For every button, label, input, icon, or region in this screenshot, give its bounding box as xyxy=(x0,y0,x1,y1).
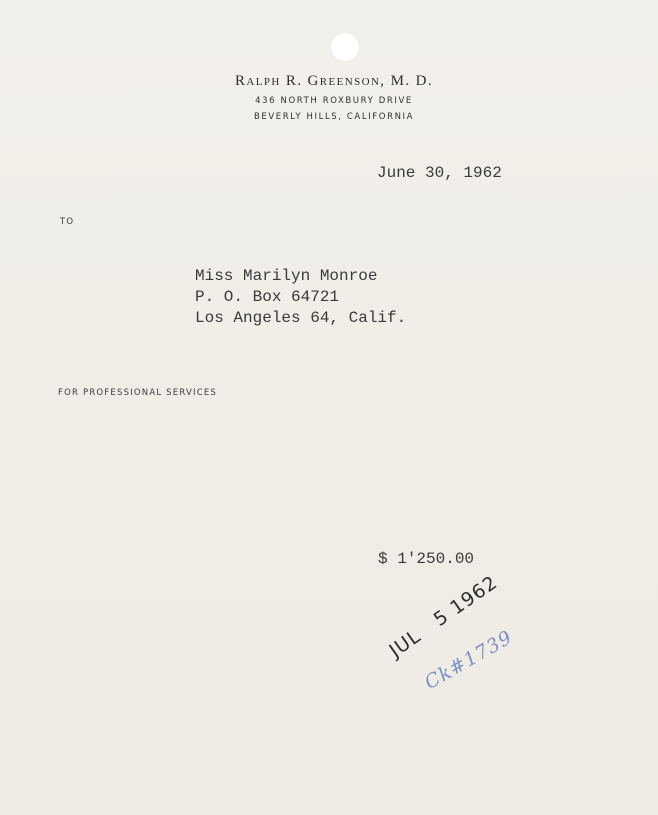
recipient-name: Miss Marilyn Monroe xyxy=(195,266,406,287)
handwritten-check-number: Ck#1739 xyxy=(421,626,516,694)
recipient-address: Miss Marilyn Monroe P. O. Box 64721 Los … xyxy=(195,266,406,329)
letterhead-name: Ralph R. Greenson, M. D. xyxy=(0,73,658,90)
recipient-city: Los Angeles 64, Calif. xyxy=(195,308,406,329)
letterhead-street: 436 NORTH ROXBURY DRIVE xyxy=(0,96,658,106)
recipient-po-box: P. O. Box 64721 xyxy=(195,287,406,308)
letterhead: Ralph R. Greenson, M. D. 436 NORTH ROXBU… xyxy=(0,73,658,122)
services-label: FOR PROFESSIONAL SERVICES xyxy=(58,388,217,398)
punch-hole xyxy=(331,33,359,61)
invoice-date: June 30, 1962 xyxy=(377,164,502,182)
paper-document: Ralph R. Greenson, M. D. 436 NORTH ROXBU… xyxy=(0,0,658,815)
letterhead-city: BEVERLY HILLS, CALIFORNIA xyxy=(0,112,658,122)
to-label: TO xyxy=(60,217,74,227)
amount-due: $ 1'250.00 xyxy=(378,550,474,568)
